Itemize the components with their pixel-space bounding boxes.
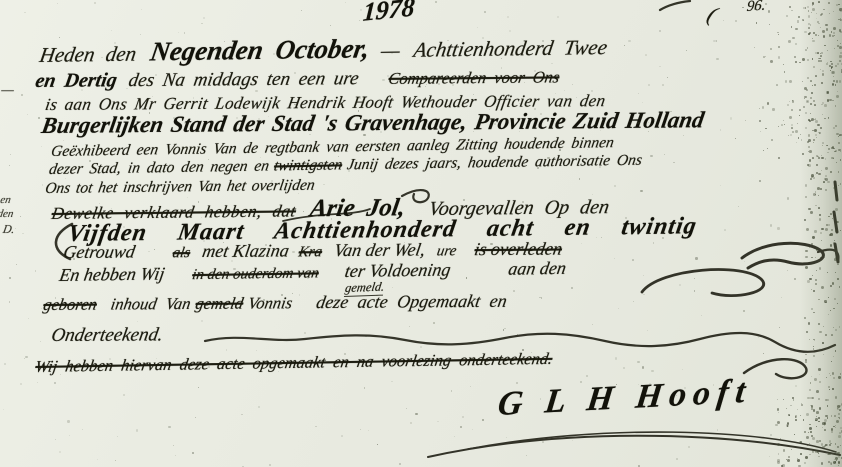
speckle (541, 297, 542, 298)
speckle (409, 326, 411, 328)
speckle (111, 366, 113, 368)
speckle (786, 15, 788, 17)
speckle (27, 114, 28, 115)
speckle (791, 26, 792, 27)
speckle (720, 185, 721, 186)
speckle (224, 41, 225, 42)
speckle (633, 301, 634, 302)
scan-edge-shadow (800, 0, 842, 467)
speckle (173, 445, 174, 446)
manuscript-text: Van der Wel, (333, 240, 427, 259)
speckle (6, 209, 7, 210)
speckle (695, 257, 697, 259)
speckle (581, 243, 582, 244)
speckle (791, 109, 793, 111)
speckle (754, 47, 755, 48)
speckle (141, 9, 142, 10)
speckle (662, 84, 664, 86)
speckle (770, 434, 772, 436)
speckle (115, 460, 116, 461)
speckle (271, 180, 273, 182)
speckle (713, 384, 714, 385)
speckle (756, 22, 758, 24)
speckle (59, 37, 60, 38)
speckle (489, 109, 490, 110)
margin-note: at en (0, 195, 12, 206)
speckle (781, 297, 782, 298)
speckle (623, 367, 625, 369)
speckle (10, 154, 12, 156)
speckle (470, 386, 471, 387)
speckle (796, 142, 798, 144)
line-inhoud: geboreninhoud VangemeldVonnisdeze acte O… (42, 292, 508, 314)
speckle (55, 439, 56, 440)
line-registry: Burgerlijken Stand der Stad 's Gravenhag… (40, 108, 706, 137)
speckle (391, 381, 393, 383)
speckle (763, 56, 765, 58)
speckle (759, 108, 760, 109)
speckle (742, 332, 744, 334)
speckle (97, 459, 98, 460)
speckle (792, 37, 795, 40)
line-ondertekend: Onderteekend. (50, 325, 165, 345)
speckle (136, 429, 138, 431)
speckle (89, 78, 90, 79)
line-opening: Heden denNegenden October,—Achttienhonde… (38, 32, 610, 67)
speckle (156, 168, 157, 169)
speckle (54, 382, 56, 384)
speckle (168, 426, 170, 428)
speckle (632, 259, 634, 261)
speckle (360, 9, 361, 10)
speckle (778, 56, 781, 59)
speckle (348, 170, 350, 172)
speckle (482, 419, 484, 421)
speckle (767, 102, 769, 104)
speckle (787, 197, 789, 199)
manuscript-text: ure (436, 244, 458, 259)
speckle (776, 84, 778, 86)
speckle (684, 387, 686, 389)
speckle (78, 166, 80, 168)
speckle (637, 361, 639, 363)
speckle (794, 56, 796, 58)
speckle (614, 185, 616, 187)
speckle (345, 2, 346, 3)
speckle (399, 463, 401, 465)
speckle (778, 126, 779, 127)
speckle (201, 320, 203, 322)
speckle (24, 12, 26, 14)
speckle (9, 165, 10, 166)
margin-dash: — (0, 84, 15, 98)
speckle (548, 207, 549, 208)
speckle (792, 397, 794, 399)
speckle (701, 315, 702, 316)
stray-paren: ( (704, 4, 720, 26)
speckle (694, 290, 696, 292)
speckle (791, 449, 792, 450)
speckle (783, 120, 784, 121)
speckle (359, 97, 361, 99)
circle-flourish (642, 270, 764, 296)
speckle (22, 233, 23, 234)
speckle (794, 434, 795, 435)
speckle (624, 45, 625, 46)
speckle (55, 297, 56, 298)
speckle (534, 108, 536, 110)
speckle (42, 184, 43, 185)
speckle (784, 124, 785, 125)
speckle (57, 3, 59, 5)
speckle (615, 357, 617, 359)
speckle (770, 224, 772, 226)
speckle (208, 366, 209, 367)
speckle (775, 424, 777, 426)
speckle (522, 201, 524, 203)
speckle (123, 226, 125, 228)
speckle (94, 2, 96, 4)
speckle (89, 160, 91, 162)
speckle (778, 34, 779, 35)
speckle (111, 30, 112, 31)
speckle (391, 52, 393, 54)
speckle (791, 10, 792, 11)
speckle (223, 242, 224, 243)
speckle (425, 86, 426, 87)
speckle (769, 456, 771, 458)
speckle (716, 40, 717, 41)
speckle (435, 1, 437, 3)
speckle (782, 464, 785, 467)
speckle (717, 429, 718, 430)
page-number: 96. (746, 0, 766, 15)
speckle (795, 385, 797, 387)
speckle (571, 287, 573, 289)
speckle (777, 227, 779, 229)
speckle (640, 190, 642, 192)
stray-mark (660, 1, 690, 10)
speckle (572, 84, 573, 85)
speckle (798, 137, 799, 138)
manuscript-text: 96. (746, 0, 766, 15)
speckle (788, 135, 789, 136)
speckle (490, 243, 492, 245)
manuscript-text: 1978 (362, 0, 416, 26)
speckle (40, 341, 41, 342)
speckle (198, 201, 199, 202)
manuscript-text: Achttienhonderd Twee (412, 37, 609, 61)
speckle (203, 152, 205, 154)
speckle (37, 382, 38, 383)
speckle (686, 50, 687, 51)
speckle (175, 455, 176, 456)
manuscript-text: ( (704, 4, 720, 26)
struck-text: als (171, 246, 191, 261)
speckle (236, 117, 238, 119)
manuscript-text: forden (0, 209, 14, 220)
speckle (269, 464, 271, 466)
speckle (688, 446, 690, 448)
line-date: en Dertigdes Na middags ten een ureCompa… (34, 66, 561, 91)
speckle (744, 261, 745, 262)
speckle (410, 422, 412, 424)
speckle (258, 406, 260, 408)
speckle (778, 46, 780, 48)
speckle (509, 30, 511, 32)
speckle (3, 409, 4, 410)
speckle (789, 80, 792, 83)
speckle (392, 287, 393, 288)
speckle (778, 453, 779, 454)
speckle (365, 336, 366, 337)
speckle (781, 124, 783, 126)
speckle (765, 128, 766, 129)
speckle (91, 339, 93, 341)
manuscript-text: Ons tot het inschrijven Van het overlijd… (44, 178, 316, 197)
speckle (201, 23, 202, 24)
speckle (758, 337, 759, 338)
struck-text: in den ouderdom van (191, 266, 320, 283)
speckle (667, 77, 668, 78)
manuscript-text: met Klazina (201, 241, 291, 260)
speckle (482, 37, 484, 39)
speckle (770, 60, 773, 63)
speckle (760, 131, 762, 133)
speckle (787, 423, 790, 426)
speckle (377, 444, 378, 445)
speckle (591, 399, 593, 401)
speckle (301, 10, 302, 11)
speckle (472, 429, 474, 431)
speckle (759, 180, 761, 182)
speckle (63, 140, 64, 141)
manuscript-text: En hebben Wij (58, 264, 166, 284)
speckle (763, 353, 764, 354)
speckle (451, 390, 452, 391)
speckle (462, 416, 464, 418)
manuscript-text: deze acte Opgemaakt en (315, 292, 508, 311)
speckle (387, 75, 389, 77)
speckle (35, 270, 36, 271)
speckle (735, 20, 737, 22)
speckle (642, 102, 643, 103)
speckle (643, 275, 644, 276)
speckle (586, 375, 588, 377)
speckle (659, 30, 661, 32)
speckle (184, 122, 185, 123)
speckle (184, 32, 186, 34)
speckle (42, 83, 44, 85)
speckle (363, 134, 365, 136)
speckle (256, 350, 257, 351)
speckle (682, 369, 684, 371)
speckle (742, 7, 743, 8)
speckle (9, 301, 11, 303)
line-vonnis-3: Ons tot het inschrijven Van het overlijd… (44, 178, 316, 197)
speckle (787, 459, 790, 462)
speckle (368, 303, 370, 305)
speckle (47, 126, 49, 128)
manuscript-text: at en (0, 195, 12, 206)
speckle (778, 412, 779, 413)
speckle (404, 242, 405, 243)
speckle (762, 106, 765, 109)
speckle (559, 149, 561, 151)
speckle (795, 419, 797, 421)
speckle (780, 438, 782, 440)
speckle (783, 449, 785, 451)
speckle (754, 8, 756, 10)
speckle (763, 150, 764, 151)
speckle (172, 214, 173, 215)
speckle (203, 17, 205, 19)
speckle (745, 120, 746, 121)
speckle (789, 6, 790, 7)
speckle (484, 11, 486, 13)
speckle (9, 277, 11, 279)
speckle (38, 117, 40, 119)
speckle (791, 127, 793, 129)
speckle (452, 84, 454, 86)
speckle (639, 224, 640, 225)
struck-text: geboren (42, 297, 98, 314)
speckle (793, 399, 794, 400)
speckle (187, 197, 188, 198)
speckle (580, 381, 582, 383)
speckle (20, 383, 22, 385)
speckle (298, 193, 299, 194)
speckle (645, 54, 647, 56)
speckle (294, 72, 296, 74)
manuscript-text: en Dertig (34, 70, 119, 91)
speckle (507, 16, 509, 18)
speckle (679, 284, 681, 286)
speckle (771, 139, 773, 141)
speckle (772, 108, 774, 110)
speckle (683, 135, 684, 136)
speckle (506, 437, 507, 438)
speckle (601, 237, 602, 238)
speckle (572, 440, 573, 441)
speckle (237, 123, 239, 125)
manuscript-text: Junij dezes jaars, houdende authorisatie… (346, 153, 643, 173)
speckle (140, 34, 141, 35)
speckle (794, 278, 796, 280)
speckle (292, 251, 294, 253)
speckle (226, 349, 228, 351)
speckle (192, 452, 194, 454)
speckle (364, 387, 365, 388)
manuscript-text: G L H Hooft (496, 374, 754, 422)
speckle (664, 154, 666, 156)
speckle (792, 131, 794, 133)
speckle (647, 330, 648, 331)
archive-number: 1978 (362, 0, 416, 26)
speckle (650, 155, 652, 157)
speckle (198, 387, 199, 388)
speckle (126, 88, 127, 89)
speckle (123, 394, 125, 396)
manuscript-text: — (0, 84, 15, 98)
speckle (648, 84, 650, 86)
speckle (673, 162, 675, 164)
speckle (779, 327, 780, 328)
speckle (777, 399, 778, 400)
speckle (659, 66, 660, 67)
speckle (16, 264, 17, 265)
speckle (433, 322, 435, 324)
manuscript-text: Negenden October, (148, 35, 371, 65)
speckle (344, 353, 345, 354)
speckle (738, 206, 739, 207)
speckle (15, 228, 16, 229)
speckle (299, 253, 301, 255)
speckle (281, 224, 283, 226)
speckle (795, 28, 797, 30)
speckle (720, 129, 722, 131)
speckle (504, 328, 506, 330)
speckle (4, 363, 6, 365)
manuscript-text: Vonnis (247, 295, 294, 312)
speckle (20, 216, 21, 217)
margin-note: D. (2, 223, 16, 235)
struck-text: gemeld (194, 296, 244, 313)
speckle (676, 395, 677, 396)
speckle (777, 408, 779, 410)
speckle (156, 358, 157, 359)
margin-note: forden (0, 209, 14, 220)
speckle (789, 415, 790, 416)
speckle (723, 20, 724, 21)
speckle (304, 332, 306, 334)
speckle (255, 90, 257, 92)
speckle (783, 64, 785, 66)
speckle (73, 258, 75, 260)
speckle (420, 346, 422, 348)
speckle (513, 290, 515, 292)
speckle (109, 358, 111, 360)
speckle (359, 20, 360, 21)
speckle (137, 321, 138, 322)
speckle (368, 430, 370, 432)
speckle (25, 356, 27, 358)
speckle (769, 24, 770, 25)
manuscript-text: des Na middags ten een ure (127, 69, 360, 90)
speckle (477, 27, 478, 28)
speckle (501, 67, 502, 68)
speckle (767, 148, 768, 149)
speckle (233, 268, 235, 270)
speckle (785, 80, 787, 82)
speckle (542, 441, 544, 443)
manuscript-text: D. (2, 223, 16, 235)
speckle (789, 116, 792, 119)
speckle (241, 414, 243, 416)
signature-underline-2 (468, 432, 836, 452)
speckle (382, 79, 384, 81)
speckle (376, 295, 377, 296)
document-scan: 197896.(Heden denNegenden October,—Achtt… (0, 0, 842, 467)
speckle (454, 436, 455, 437)
speckle (599, 166, 601, 168)
speckle (406, 408, 407, 409)
speckle (790, 405, 792, 407)
speckle (24, 358, 25, 359)
speckle (117, 436, 118, 437)
speckle (777, 443, 780, 446)
speckle (463, 199, 465, 201)
